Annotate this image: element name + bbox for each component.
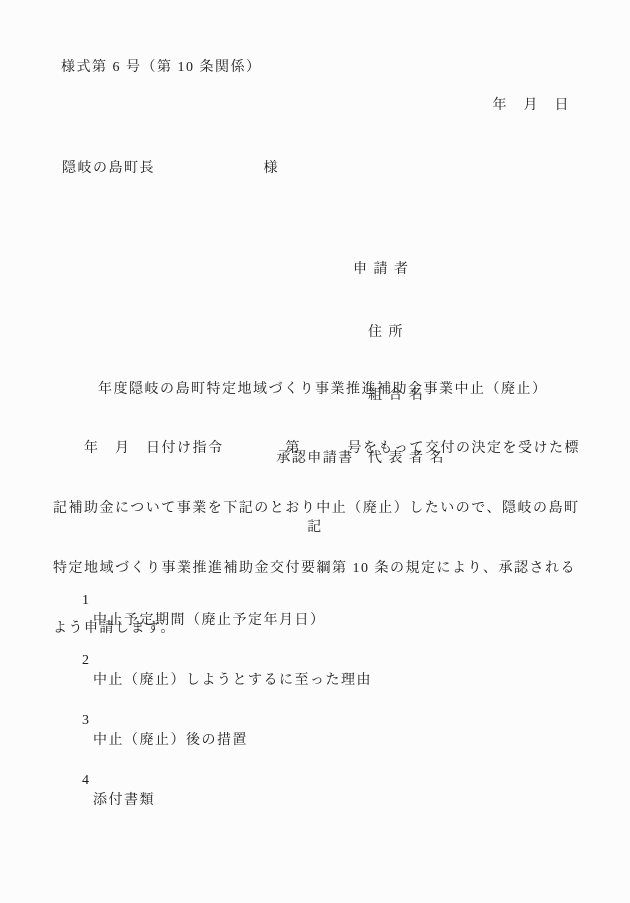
item-2-text: 中止（廃止）しようとするに至った理由 [93, 673, 372, 688]
list-item-3: 3 中止（廃止）後の措置 [62, 697, 248, 765]
body-line-3: 特定地域づくり事業推進補助金交付要綱第 10 条の規定により、承認される [53, 559, 583, 579]
title-line-1: 年度隠岐の島町特定地域づくり事業推進補助金事業中止（廃止） [0, 378, 630, 401]
item-1-number: 1 [82, 593, 91, 609]
ki-marker: 記 [0, 516, 630, 536]
list-item-2: 2 中止（廃止）しようとするに至った理由 [62, 637, 372, 705]
item-3-text: 中止（廃止）後の措置 [93, 733, 248, 748]
item-3-number: 3 [82, 713, 91, 729]
item-2-number: 2 [82, 653, 91, 669]
date-line: 年 月 日 [493, 94, 571, 114]
applicant-label: 申 請 者 [353, 259, 445, 280]
list-item-4: 4 添付書類 [62, 757, 155, 825]
document-page: 様式第 6 号（第 10 条関係） 年 月 日 隠岐の島町長 様 申 請 者 住… [0, 0, 630, 903]
list-item-1: 1 中止予定期間（廃止予定年月日） [62, 577, 326, 645]
item-1-text: 中止予定期間（廃止予定年月日） [93, 613, 326, 628]
addressee-line: 隠岐の島町長 様 [62, 157, 279, 177]
form-number-label: 様式第 6 号（第 10 条関係） [61, 56, 262, 76]
body-line-1: 年 月 日付け指令 第 号をもって交付の決定を受けた標 [53, 439, 583, 459]
item-4-number: 4 [82, 773, 91, 789]
item-4-text: 添付書類 [93, 793, 155, 808]
